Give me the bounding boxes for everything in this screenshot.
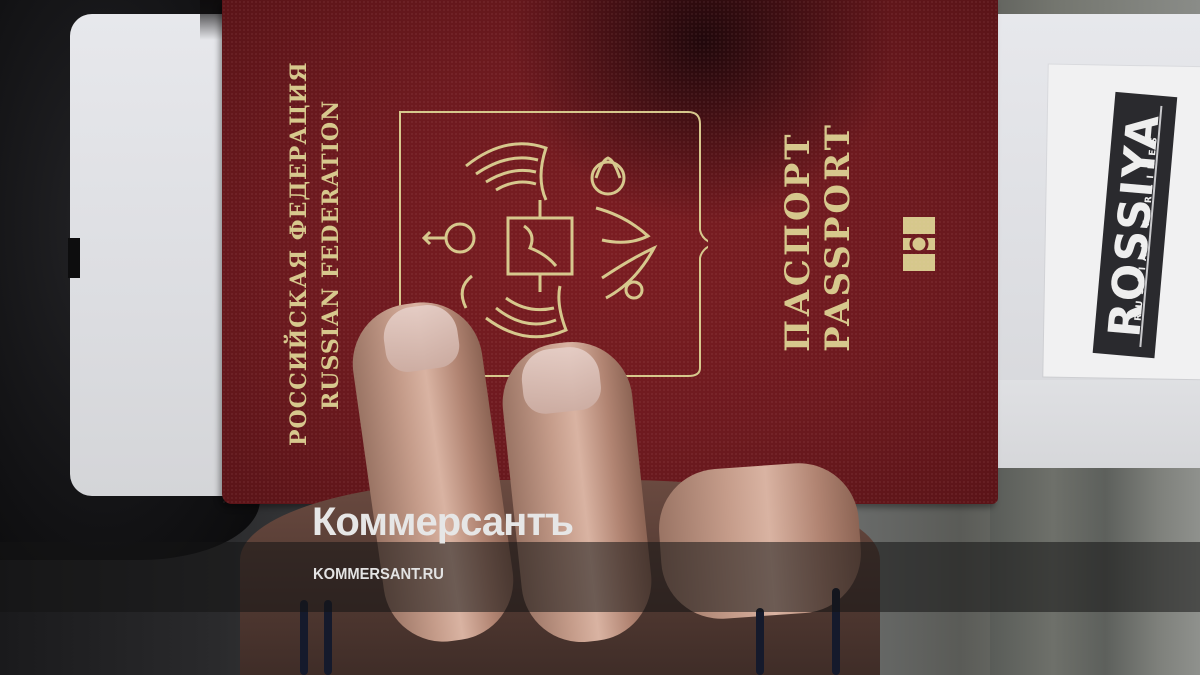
boarding-pass-edge — [990, 380, 1200, 468]
boarding-pass-notch — [68, 238, 80, 278]
photo-scene: ROSSIYA RUSSIAN AIRLINES РОССИЙСКАЯ ФЕДЕ… — [0, 0, 1200, 675]
watermark-band — [0, 542, 1200, 612]
document-type-en: PASSPORT — [818, 122, 858, 352]
publisher-logo: Коммерсантъ — [312, 502, 573, 542]
publisher-url: KOMMERSANT.RU — [313, 567, 444, 583]
country-name-en: RUSSIAN FEDERATION — [318, 100, 344, 410]
biometric-chip-icon — [902, 216, 936, 272]
document-type-ru: ПАСПОРТ — [778, 132, 818, 352]
country-name-ru: РОССИЙСКАЯ ФЕДЕРАЦИЯ — [286, 61, 312, 446]
airline-sticker: ROSSIYA RUSSIAN AIRLINES — [1043, 65, 1200, 380]
airline-logo-strip: ROSSIYA RUSSIAN AIRLINES — [1093, 92, 1178, 358]
lanyard-cord — [756, 608, 764, 675]
